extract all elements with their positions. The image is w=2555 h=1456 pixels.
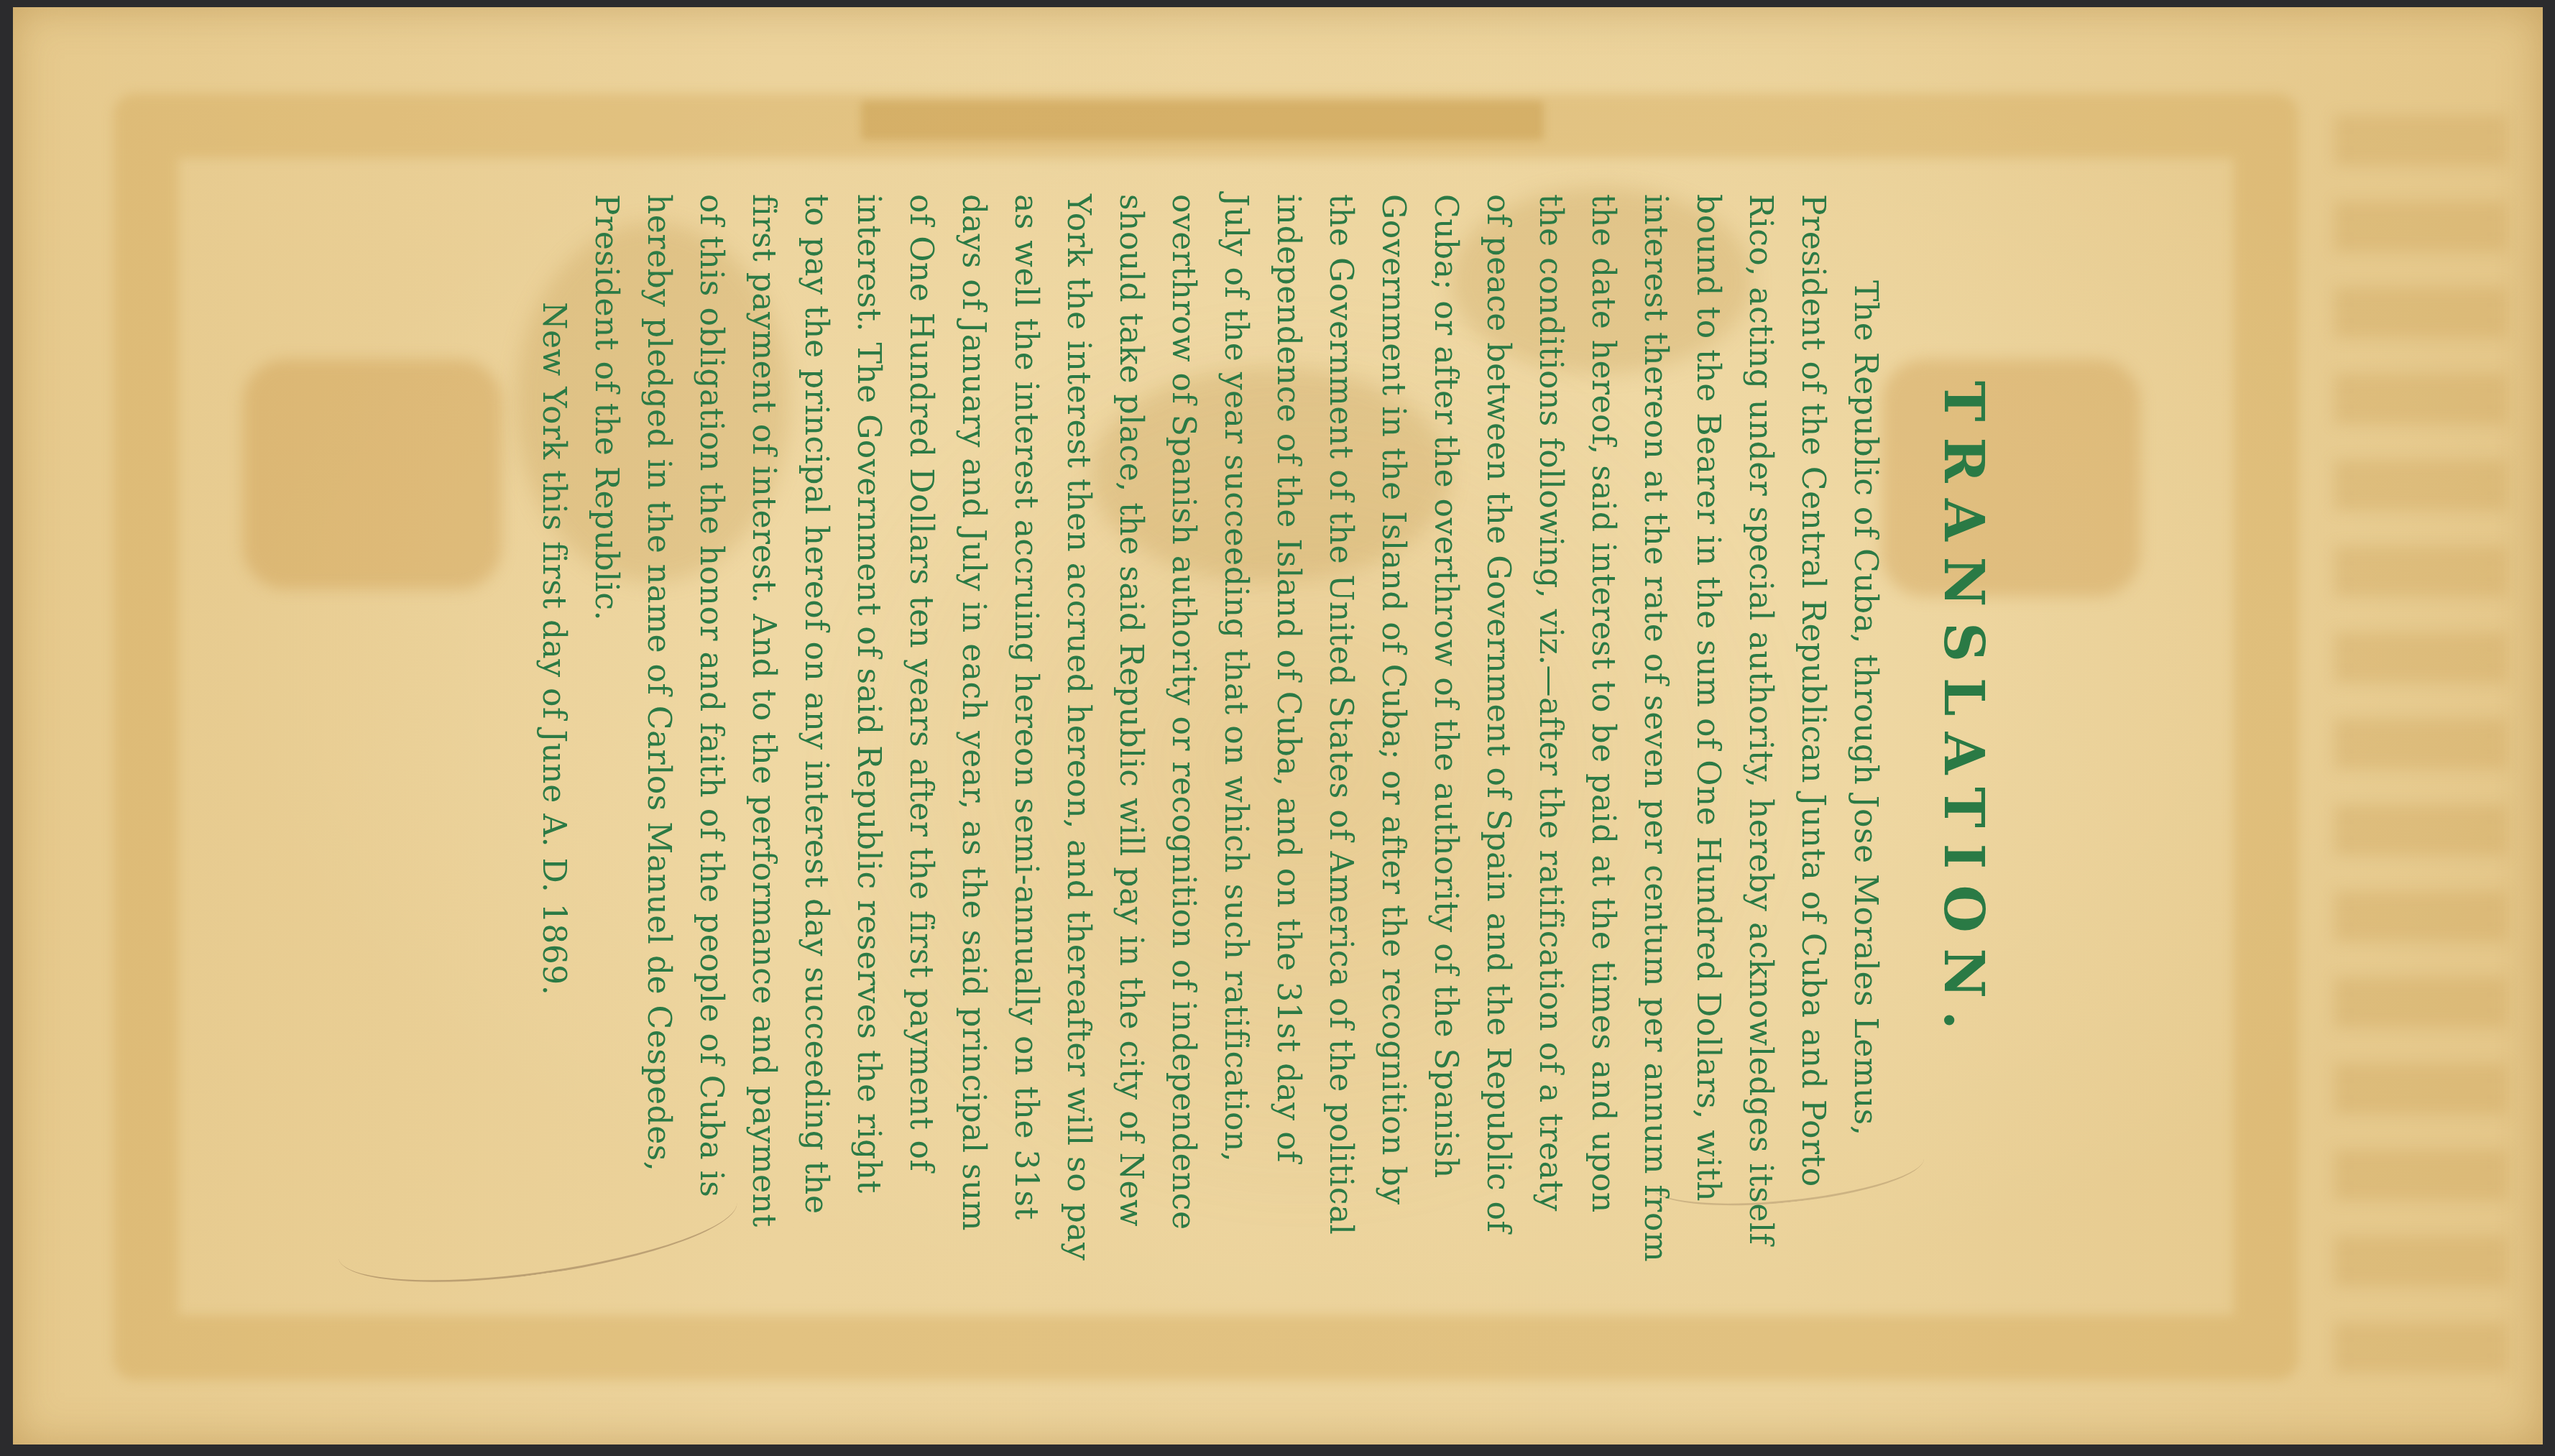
text-line: York the interest then accrued hereon, a… [1052,194,1105,1121]
text-line: first payment of interest. And to the pe… [737,194,790,1121]
bleed-through-side-strip [2334,115,2507,1380]
text-line: July of the year succeeding that on whic… [1210,194,1262,1121]
text-line: the conditions following, viz.—after the… [1524,194,1577,1121]
text-line: the date hereof, said interest to be pai… [1577,194,1629,1121]
text-line: interest thereon at the rate of seven pe… [1629,194,1682,1121]
text-line: days of January and July in each year, a… [947,194,1000,1121]
date-line: New York this first day of June A. D. 18… [528,194,580,1121]
text-line: hereby pledged in the name of Carlos Man… [632,194,685,1121]
text-line: The Republic of Cuba, through Jose Moral… [1839,194,1892,1121]
document-title: TRANSLATION. [1929,194,1998,1236]
text-line: bound to the Bearer in the sum of One Hu… [1682,194,1734,1121]
text-line: interest. The Government of said Republi… [842,194,895,1121]
text-line: to pay the principal hereof on any inter… [790,194,842,1121]
text-line: of this obligation the honor and faith o… [685,194,737,1121]
translation-text-block: TRANSLATION. The Republic of Cuba, throu… [417,194,1998,1236]
text-line: of peace between the Government of Spain… [1472,194,1524,1121]
text-line: should take place, the said Republic wil… [1105,194,1157,1121]
text-line: Cuba; or after the overthrow of the auth… [1419,194,1472,1121]
text-line: the Government of the United States of A… [1315,194,1367,1121]
text-line: of One Hundred Dollars ten years after t… [895,194,947,1121]
text-line: President of the Central Republican Junt… [1787,194,1839,1121]
text-line: Government in the Island of Cuba; or aft… [1367,194,1419,1121]
bleed-through-header-bar [861,101,1544,140]
text-line: President of the Republic. [580,194,632,1121]
text-line: independence of the Island of Cuba, and … [1262,194,1315,1121]
text-line: overthrow of Spanish authority or recogn… [1157,194,1210,1121]
text-line: Rico, acting under special authority, he… [1734,194,1787,1121]
text-line: as well the interest accruing hereon sem… [1000,194,1052,1121]
